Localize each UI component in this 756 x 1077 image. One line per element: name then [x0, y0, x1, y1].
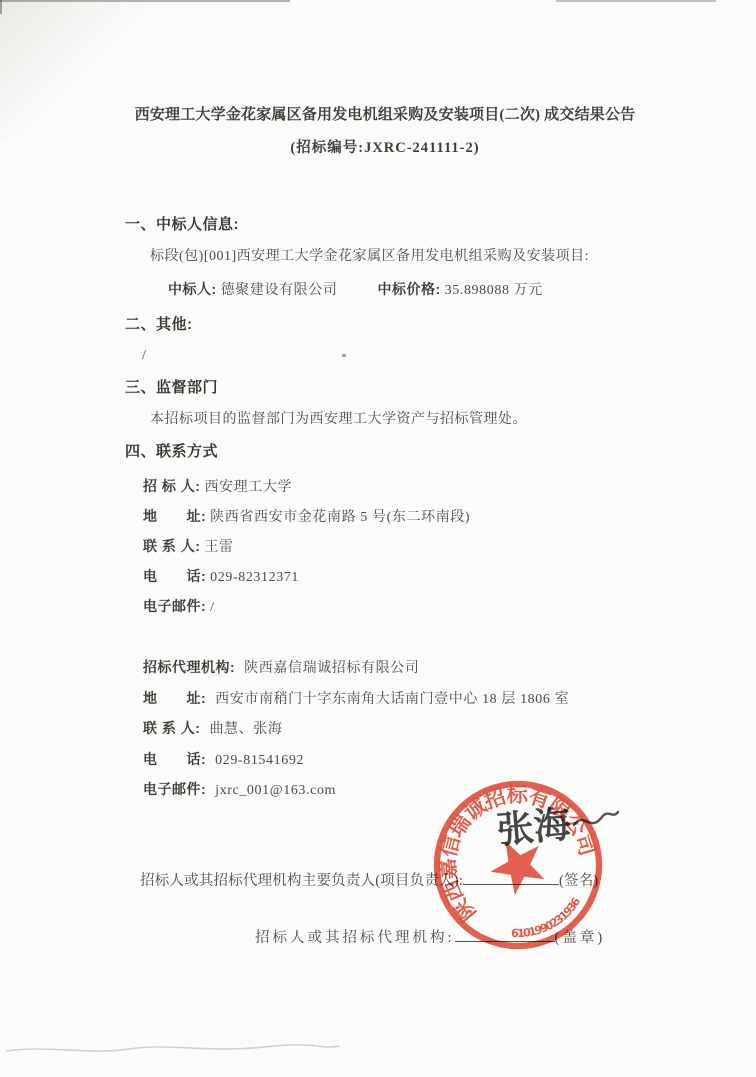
section-heading-winner-info: 一、中标人信息:	[125, 214, 670, 236]
field-label: 地 址:	[143, 508, 206, 524]
contact-row-email: 电子邮件:/	[143, 592, 670, 622]
signature-line1-label: 招标人或其招标代理机构主要负责人(项目负责人):	[140, 873, 463, 889]
contact-row-address: 地 址:西安市南稍门十字东南角大话南门壹中心 18 层 1806 室	[143, 684, 670, 715]
contact-row-phone: 电 话:029-82312371	[143, 562, 670, 592]
field-value: 029-81541692	[215, 753, 304, 768]
section-heading-other: 二、其他:	[125, 314, 670, 336]
signature-line2-label: 招标人或其招标代理机构:	[255, 930, 455, 946]
field-label: 地 址:	[143, 690, 206, 706]
section-heading-contact: 四、联系方式	[125, 441, 670, 463]
field-value: 029-82312371	[210, 570, 299, 585]
field-value: 西安市南稍门十字东南角大话南门壹中心 18 层 1806 室	[215, 692, 569, 707]
field-value: 西安理工大学	[204, 480, 292, 495]
contact-row-person: 联 系 人:曲慧、张海	[143, 714, 670, 745]
section-heading-supervision: 三、监督部门	[125, 377, 670, 399]
price-value: 35.898088 万元	[445, 283, 543, 298]
other-content: /	[142, 345, 670, 367]
field-value: /	[210, 600, 215, 615]
contact-row-agency: 招标代理机构:陕西嘉信瑞诚招标有限公司	[143, 653, 670, 684]
winner-label: 中标人:	[168, 281, 217, 297]
winner-row: 中标人:德聚建设有限公司中标价格:35.898088 万元	[168, 278, 670, 302]
contact-row-tenderer: 招 标 人:西安理工大学	[143, 472, 670, 502]
seal-star	[481, 828, 554, 900]
field-value: jxrc_001@163.com	[215, 783, 336, 798]
field-label: 招 标 人:	[143, 478, 200, 494]
contact-row-phone: 电 话:029-81541692	[143, 745, 670, 776]
agency-contact-block: 招标代理机构:陕西嘉信瑞诚招标有限公司 地 址:西安市南稍门十字东南角大话南门壹…	[100, 653, 670, 806]
field-value: 陕西嘉信瑞诚招标有限公司	[244, 661, 419, 676]
price-label: 中标价格:	[377, 281, 440, 297]
document-title: 西安理工大学金花家属区备用发电机组采购及安装项目(二次) 成交结果公告	[100, 0, 670, 126]
field-label: 电 话:	[143, 568, 206, 584]
field-value: 陕西省西安市金花南路 5 号(东二环南段)	[210, 510, 470, 525]
field-label: 招标代理机构:	[143, 659, 235, 675]
tender-number-subtitle: (招标编号:JXRC-241111-2)	[100, 138, 670, 158]
field-value: 王雷	[204, 540, 233, 555]
supervision-content: 本招标项目的监督部门为西安理工大学资产与招标管理处。	[150, 409, 670, 431]
field-label: 电 话:	[143, 751, 206, 767]
scan-edge-artifact	[0, 0, 2, 14]
tenderer-contact-block: 招 标 人:西安理工大学 地 址:陕西省西安市金花南路 5 号(东二环南段) 联…	[100, 472, 670, 622]
scan-squiggle-line	[4, 1038, 344, 1058]
field-label: 联 系 人:	[143, 720, 200, 736]
contact-row-person: 联 系 人:王雷	[143, 532, 670, 562]
lot-description-line: 标段(包)[001]西安理工大学金花家属区备用发电机组采购及安装项目:	[150, 246, 670, 268]
field-label: 联 系 人:	[143, 538, 200, 554]
winner-name: 德聚建设有限公司	[221, 283, 338, 298]
contact-row-address: 地 址:陕西省西安市金花南路 5 号(东二环南段)	[143, 502, 670, 532]
field-value: 曲慧、张海	[209, 722, 282, 737]
field-label: 电子邮件:	[143, 781, 206, 797]
field-label: 电子邮件:	[143, 598, 206, 614]
scanned-document-page: 西安理工大学金花家属区备用发电机组采购及安装项目(二次) 成交结果公告 (招标编…	[0, 0, 756, 1077]
